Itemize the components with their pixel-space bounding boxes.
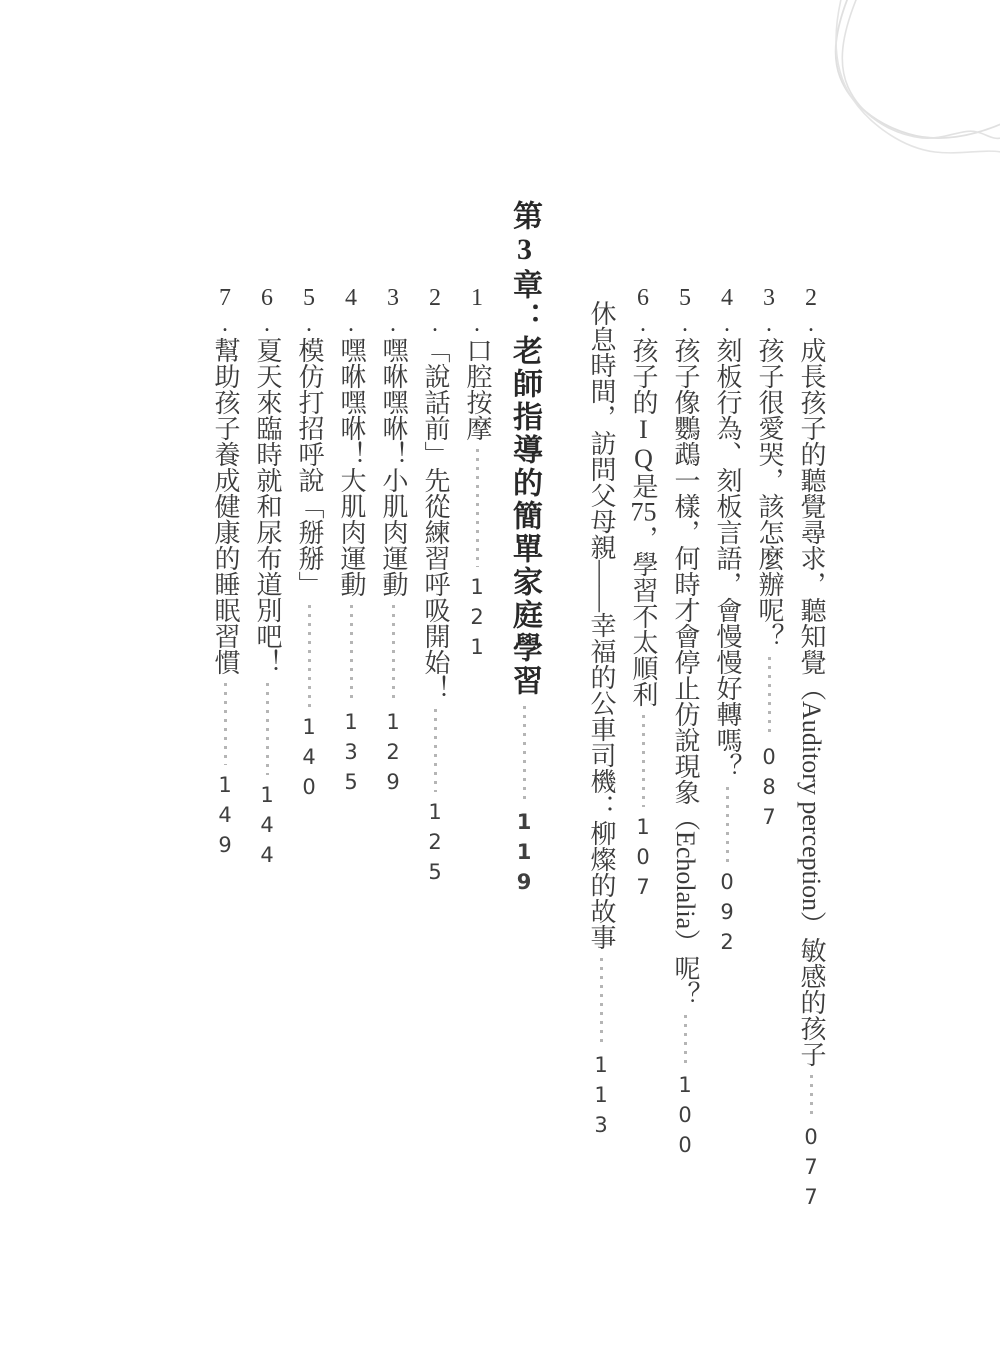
- dotted-leader: [726, 787, 729, 862]
- dotted-leader: [224, 683, 227, 765]
- page-number: 125: [414, 800, 456, 890]
- page-number: 100: [664, 1073, 706, 1163]
- toc-entry: 4. 刻板行為、刻板言語，會慢慢好轉嗎？ 092: [706, 200, 748, 960]
- page-number: 144: [246, 783, 288, 873]
- label-part-score: 75: [629, 499, 658, 525]
- entry-number: 4.: [706, 285, 748, 337]
- toc-entry: 6. 夏天來臨時就和尿布道別吧！ 144: [246, 200, 288, 873]
- label-part: 孩子的: [629, 337, 658, 415]
- entry-number: 6.: [622, 285, 664, 337]
- entry-label: 成長孩子的聽覺尋求，聽知覺（Auditory perception）敏感的孩子: [790, 337, 832, 1067]
- entry-label: 嘿咻嘿咻！大肌肉運動: [330, 337, 372, 597]
- title-part: 章：老師指導的簡單家庭學習: [508, 269, 541, 698]
- entry-label: 幫助孩子養成健康的睡眠習慣: [204, 337, 246, 675]
- entry-label: 刻板行為、刻板言語，會慢慢好轉嗎？: [706, 337, 748, 779]
- entry-number: 3.: [748, 285, 790, 337]
- dotted-leader: [768, 657, 771, 737]
- entry-label: 孩子像鸚鵡一樣，何時才會停止仿說現象（Echolalia）呢？: [664, 337, 706, 1007]
- page-number: 113: [580, 1053, 622, 1143]
- dotted-leader: [476, 449, 479, 567]
- entry-number: 2.: [790, 285, 832, 337]
- entry-number: 3.: [372, 285, 414, 337]
- title-part-number: 3: [508, 233, 541, 269]
- entry-label: 孩子很愛哭，該怎麼辦呢？: [748, 337, 790, 649]
- entry-label: 夏天來臨時就和尿布道別吧！: [246, 337, 288, 675]
- entry-number: 5.: [288, 285, 330, 337]
- page-number: 129: [372, 710, 414, 800]
- toc-entry: 6. 孩子的IQ是75，學習不太順利 107: [622, 200, 664, 905]
- toc-entry: 4. 嘿咻嘿咻！大肌肉運動 135: [330, 200, 372, 800]
- dotted-leader: [308, 605, 311, 707]
- page-number: 107: [622, 815, 664, 905]
- entry-label: 模仿打招呼說「掰掰」: [288, 337, 330, 597]
- title-part: 第: [508, 200, 541, 233]
- entry-number: 4.: [330, 285, 372, 337]
- entry-number: 2.: [414, 285, 456, 337]
- dotted-leader: [810, 1075, 813, 1117]
- label-part: 是: [629, 473, 658, 499]
- page-number: 140: [288, 715, 330, 805]
- entry-number: 1.: [456, 285, 498, 337]
- loop-sketch-decoration: [825, 0, 1000, 170]
- dotted-leader: [523, 706, 526, 802]
- entry-label: 「說話前」先從練習呼吸開始！: [414, 337, 456, 701]
- chapter-title: 第3章：老師指導的簡單家庭學習: [498, 200, 550, 698]
- entry-number: 7.: [204, 285, 246, 337]
- dotted-leader: [600, 958, 603, 1045]
- page-number: 119: [498, 810, 550, 900]
- toc-entry: 3. 嘿咻嘿咻！小肌肉運動 129: [372, 200, 414, 800]
- toc-chapter-heading: 第3章：老師指導的簡單家庭學習 119: [498, 200, 550, 900]
- entry-number: 5.: [664, 285, 706, 337]
- toc-entry: 1. 口腔按摩 121: [456, 200, 498, 665]
- toc-entry: 2. 「說話前」先從練習呼吸開始！ 125: [414, 200, 456, 890]
- toc-entry: 2. 成長孩子的聽覺尋求，聽知覺（Auditory perception）敏感的…: [790, 200, 832, 1215]
- dotted-leader: [642, 715, 645, 807]
- label-part: ，學習不太順利: [629, 525, 658, 707]
- table-of-contents: 2. 成長孩子的聽覺尋求，聽知覺（Auditory perception）敏感的…: [204, 200, 832, 1215]
- dotted-leader: [266, 683, 269, 775]
- dotted-leader: [392, 605, 395, 702]
- toc-entry: 5. 模仿打招呼說「掰掰」 140: [288, 200, 330, 805]
- page-number: 087: [748, 745, 790, 835]
- dotted-leader: [350, 605, 353, 702]
- toc-entry: 7. 幫助孩子養成健康的睡眠習慣 149: [204, 200, 246, 863]
- page-number: 121: [456, 575, 498, 665]
- label-part-iq: IQ: [629, 415, 658, 473]
- page-number: 077: [790, 1125, 832, 1215]
- page-number: 149: [204, 773, 246, 863]
- toc-entry: 3. 孩子很愛哭，該怎麼辦呢？ 087: [748, 200, 790, 835]
- toc-entry: 5. 孩子像鸚鵡一樣，何時才會停止仿說現象（Echolalia）呢？ 100: [664, 200, 706, 1163]
- dotted-leader: [684, 1015, 687, 1065]
- entry-label: 口腔按摩: [456, 337, 498, 441]
- book-page: 2. 成長孩子的聽覺尋求，聽知覺（Auditory perception）敏感的…: [0, 0, 1000, 1353]
- entry-label: 孩子的IQ是75，學習不太順利: [622, 337, 664, 707]
- entry-label: 嘿咻嘿咻！小肌肉運動: [372, 337, 414, 597]
- entry-number: 6.: [246, 285, 288, 337]
- page-number: 135: [330, 710, 372, 800]
- toc-entry-interlude: 休息時間，訪問父母親——幸福的公車司機：柳燦的故事 113: [580, 200, 622, 1143]
- entry-label: 休息時間，訪問父母親——幸福的公車司機：柳燦的故事: [580, 300, 622, 950]
- dotted-leader: [434, 709, 437, 792]
- page-number: 092: [706, 870, 748, 960]
